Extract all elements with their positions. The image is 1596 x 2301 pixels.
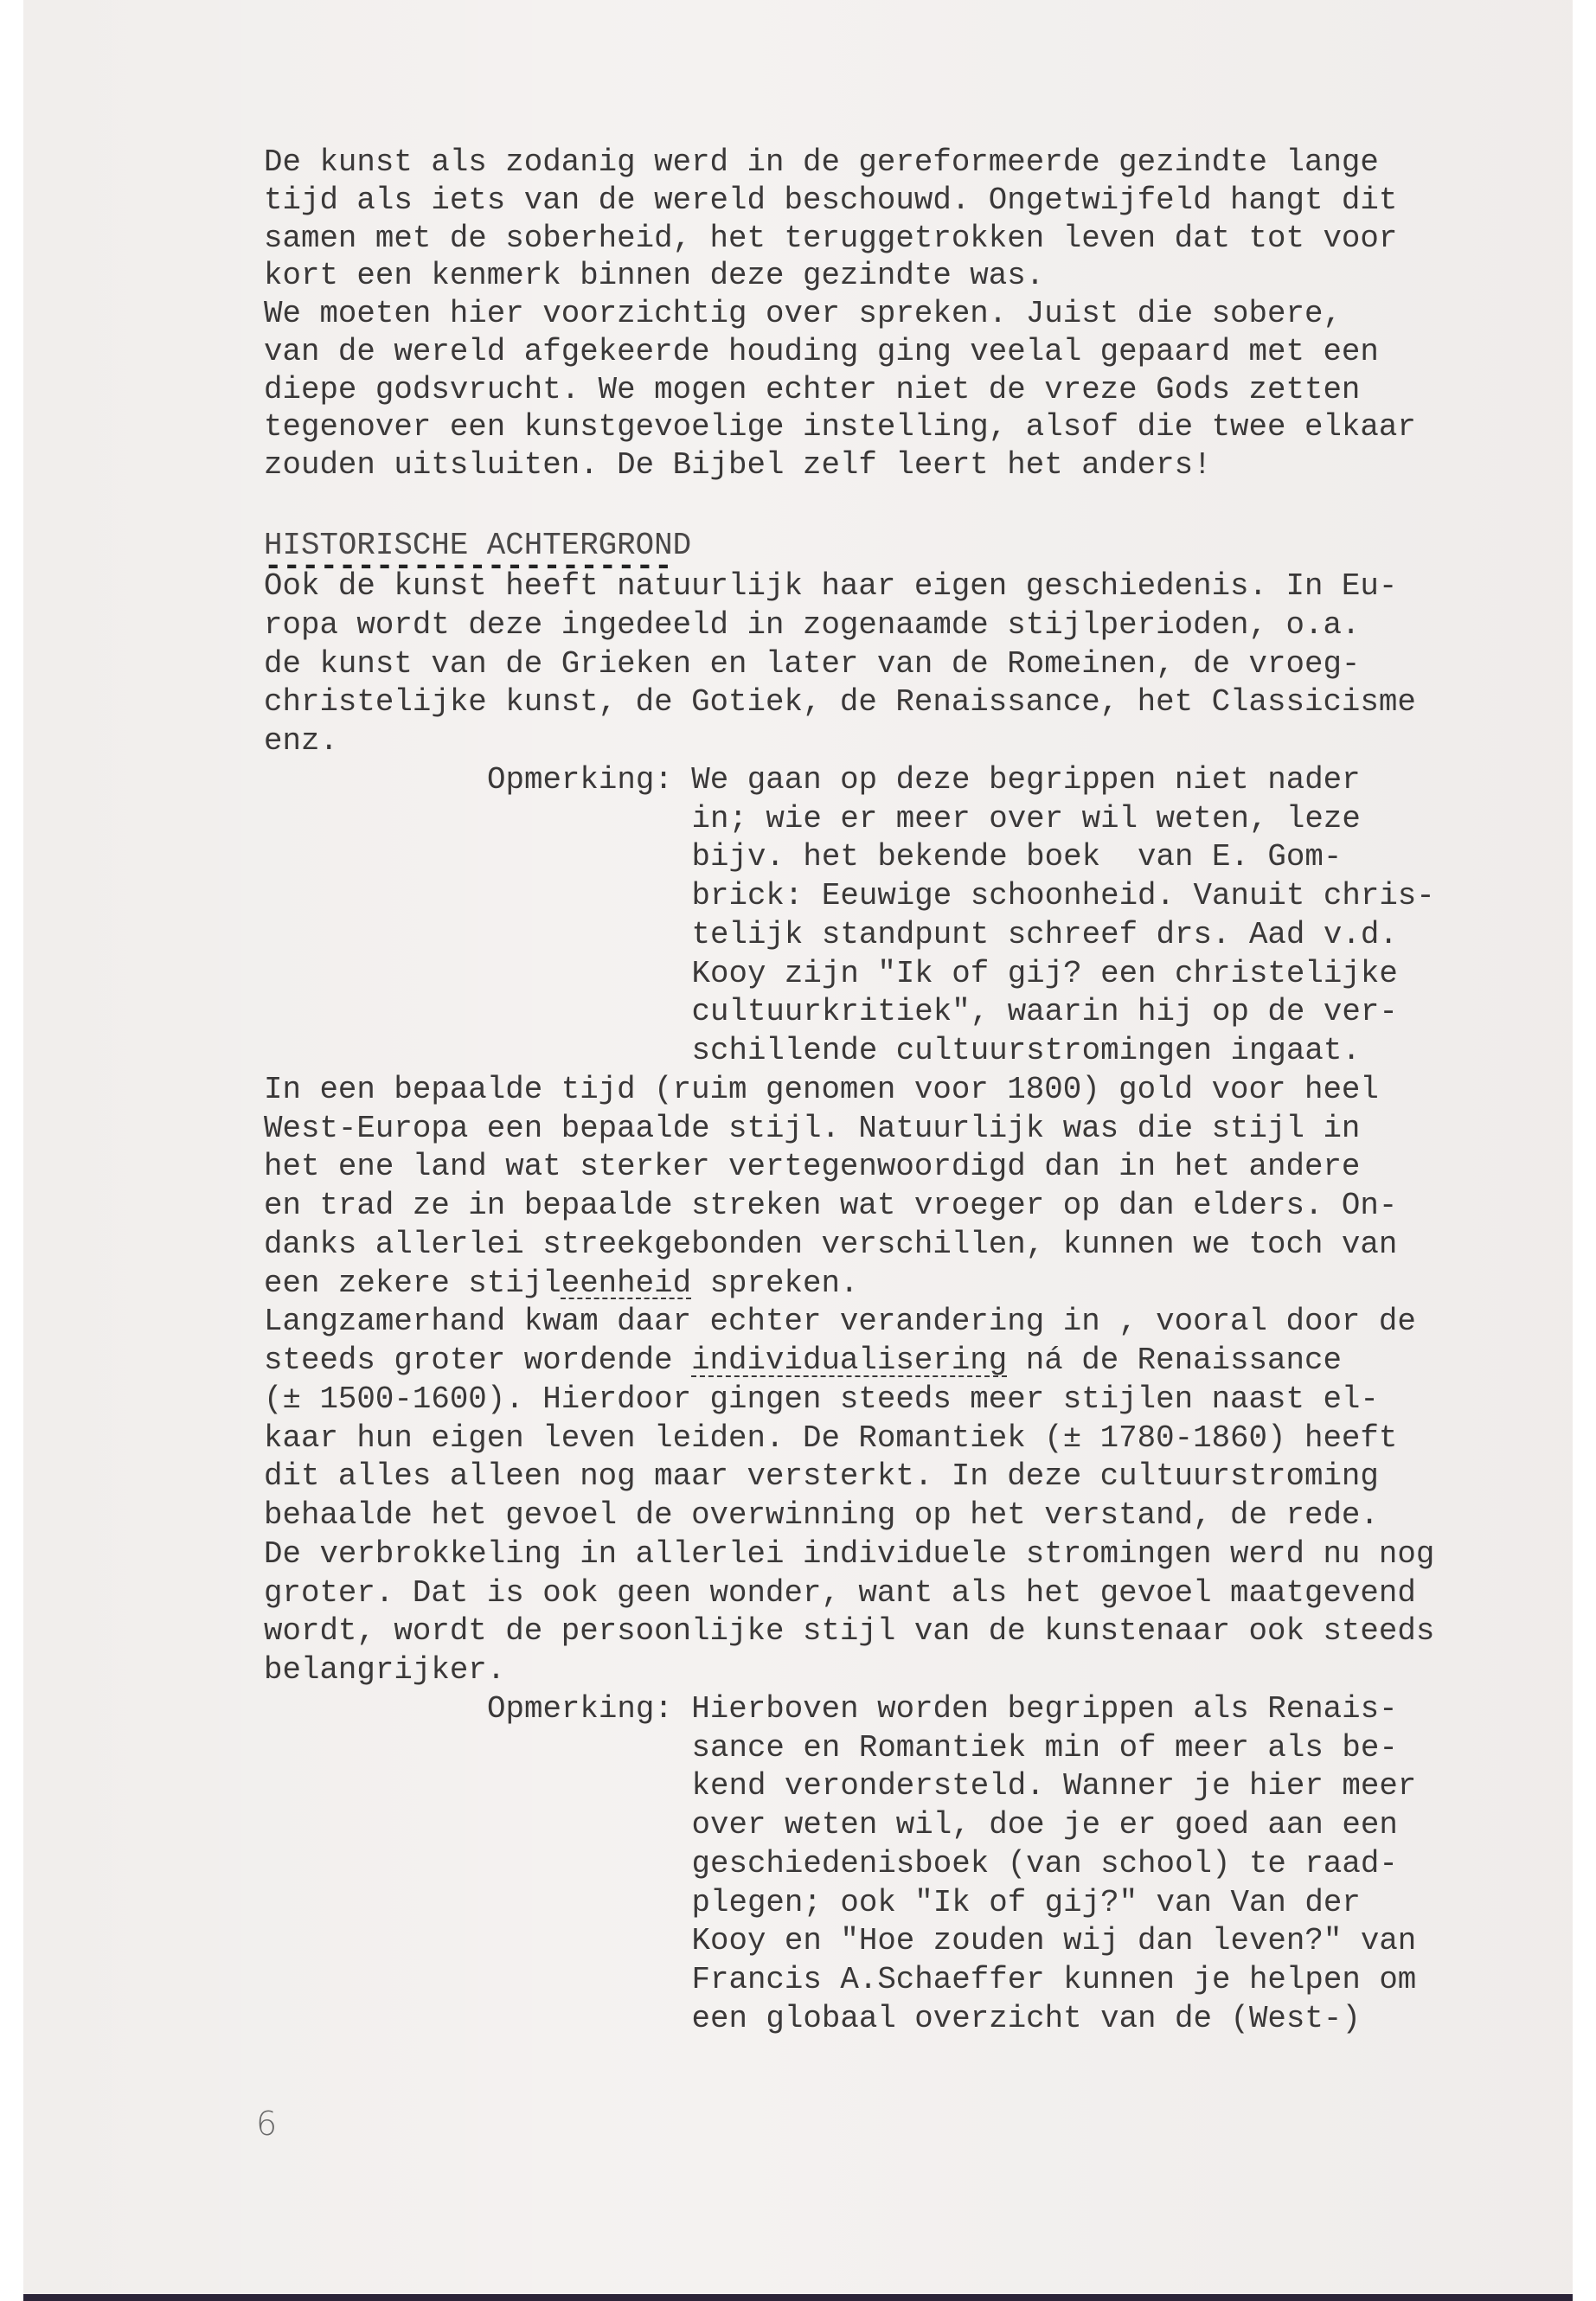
remark-continuation-line: schillende cultuurstromingen ingaat. [692,1035,1361,1067]
remark-continuation-line: Francis A.Schaeffer kunnen je helpen om [692,1965,1417,1996]
text-line: wordt, wordt de persoonlijke stijl van d… [264,1616,1434,1647]
text-line: van de wereld afgekeerde houding ging ve… [264,336,1379,368]
text-segment: ná de Renaissance [1007,1343,1342,1378]
text-line: diepe godsvrucht. We mogen echter niet d… [264,375,1360,406]
remark-line: Opmerking: We gaan op deze begrippen nie… [487,765,1361,796]
text-line: samen met de soberheid, het teruggetrokk… [264,223,1397,254]
text-line: Langzamerhand kwam daar echter veranderi… [264,1306,1416,1337]
text-line: (± 1500-1600). Hierdoor gingen steeds me… [264,1384,1379,1415]
text-line: tijd als iets van de wereld beschouwd. O… [264,185,1397,216]
text-line: enz. [264,726,338,757]
text-line: kaar hun eigen leven leiden. De Romantie… [264,1423,1397,1454]
text-line: belangrijker. [264,1655,505,1686]
text-line: danks allerlei streekgebonden verschille… [264,1229,1397,1260]
text-line: het ene land wat sterker vertegenwoordig… [264,1151,1360,1183]
underlined-term: eenheid [561,1266,691,1301]
text-line: dit alles alleen nog maar versterkt. In … [264,1461,1379,1492]
scanned-page: De kunst als zodanig werd in de gereform… [23,0,1573,2294]
text-line: Ook de kunst heeft natuurlijk haar eigen… [264,571,1397,602]
remark-line: Opmerking: Hierboven worden begrippen al… [487,1694,1398,1725]
remark-continuation-line: kend verondersteld. Wanner je hier meer [692,1771,1417,1802]
remark-continuation-line: een globaal overzicht van de (West-) [692,2003,1361,2035]
underlined-term: individualisering [691,1343,1007,1378]
text-line: tegenover een kunstgevoelige instelling,… [264,412,1416,443]
remark-continuation-line: brick: Eeuwige schoonheid. Vanuit chris- [692,881,1435,912]
text-segment: steeds groter wordende [264,1343,691,1378]
text-line: een zekere stijleenheid spreken. [264,1268,858,1299]
text-line: De verbrokkeling in allerlei individuele… [264,1539,1434,1570]
remark-continuation-line: over weten wil, doe je er goed aan een [692,1810,1398,1841]
text-line: kort een kenmerk binnen deze gezindte wa… [264,260,1044,292]
text-line: zouden uitsluiten. De Bijbel zelf leert … [264,450,1212,481]
remark-continuation-line: Kooy en "Hoe zouden wij dan leven?" van [692,1926,1417,1957]
page-number: 6 [256,2107,277,2140]
remark-continuation-line: geschiedenisboek (van school) te raad- [692,1849,1398,1880]
remark-continuation-line: bijv. het bekende boek van E. Gom- [692,842,1343,873]
text-line: christelijke kunst, de Gotiek, de Renais… [264,687,1416,718]
text-line: groter. Dat is ook geen wonder, want als… [264,1578,1416,1609]
text-segment: een zekere stijl [264,1266,561,1301]
text-line: behaalde het gevoel de overwinning op he… [264,1500,1379,1531]
remark-continuation-line: Kooy zijn "Ik of gij? een christelijke [692,958,1398,990]
text-line: en trad ze in bepaalde streken wat vroeg… [264,1190,1397,1221]
remark-continuation-line: sance en Romantiek min of meer als be- [692,1733,1398,1764]
remark-continuation-line: plegen; ook "Ik of gij?" van Van der [692,1888,1361,1919]
text-line: ropa wordt deze ingedeeld in zogenaamde … [264,610,1360,641]
remark-continuation-line: telijk standpunt schreef drs. Aad v.d. [692,920,1398,951]
text-segment: spreken. [691,1266,858,1301]
text-line: steeds groter wordende individualisering… [264,1345,1342,1376]
scan-edge-strip [23,2294,1573,2301]
text-line: We moeten hier voorzichtig over spreken.… [264,298,1342,330]
text-line: de kunst van de Grieken en later van de … [264,649,1360,680]
text-line: In een bepaalde tijd (ruim genomen voor … [264,1074,1379,1106]
remark-continuation-line: cultuurkritiek", waarin hij op de ver- [692,997,1398,1028]
text-line: West-Europa een bepaalde stijl. Natuurli… [264,1113,1360,1144]
text-line: De kunst als zodanig werd in de gereform… [264,147,1379,178]
remark-continuation-line: in; wie er meer over wil weten, leze [692,804,1361,835]
